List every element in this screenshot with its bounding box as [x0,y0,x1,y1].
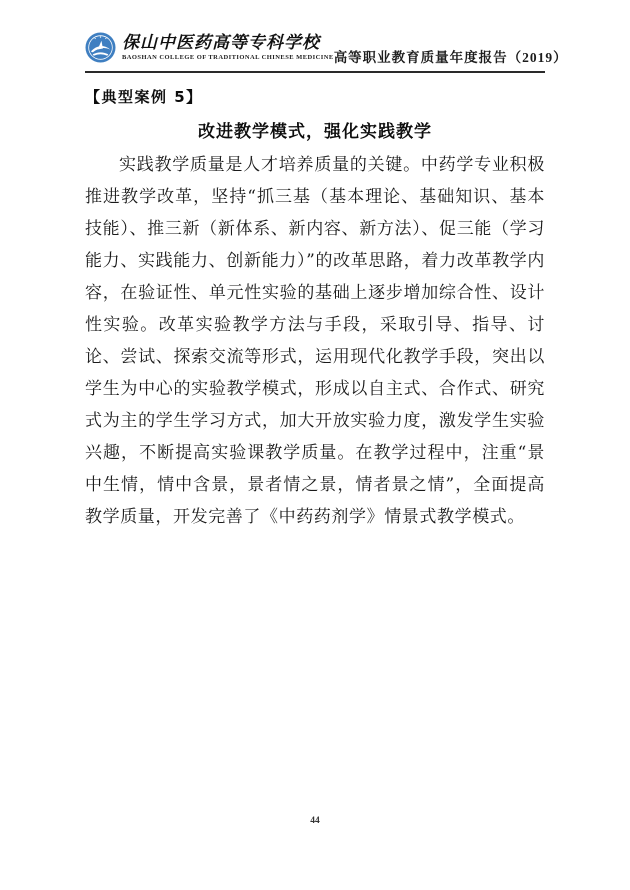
case-label: 【典型案例 5】 [85,86,203,107]
report-title: 高等职业教育质量年度报告（2019） [334,46,568,66]
section-title: 改进教学模式，强化实践教学 [85,117,545,142]
college-branding: 保山中医药高等专科学校 BAOSHAN COLLEGE OF TRADITION… [85,30,334,63]
college-emblem-icon [85,32,116,63]
college-name-zh: 保山中医药高等专科学校 [122,32,334,54]
page-header: 保山中医药高等专科学校 BAOSHAN COLLEGE OF TRADITION… [85,30,545,73]
college-name-en: BAOSHAN COLLEGE OF TRADITIONAL CHINESE M… [122,54,334,61]
document-page: 保山中医药高等专科学校 BAOSHAN COLLEGE OF TRADITION… [0,0,630,890]
college-names: 保山中医药高等专科学校 BAOSHAN COLLEGE OF TRADITION… [122,32,334,61]
page-number: 44 [0,816,630,826]
body-paragraph: 实践教学质量是人才培养质量的关键。中药学专业积极推进教学改革，坚持“抓三基（基本… [85,149,545,533]
